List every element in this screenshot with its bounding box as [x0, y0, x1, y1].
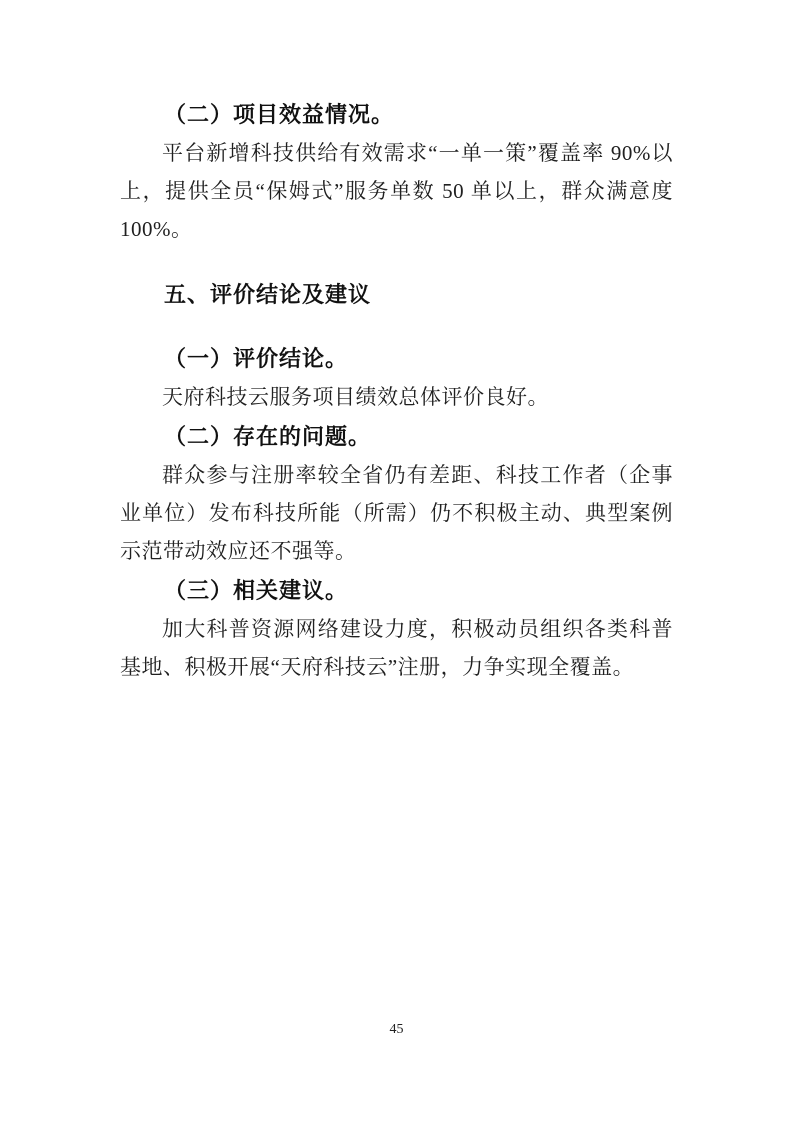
- subheading-project-benefit: （二）项目效益情况。: [120, 96, 673, 134]
- paragraph-evaluation-conclusion: 天府科技云服务项目绩效总体评价良好。: [120, 378, 673, 416]
- subheading-existing-problems: （二）存在的问题。: [120, 418, 673, 456]
- heading-evaluation-conclusion-suggestions: 五、评价结论及建议: [120, 276, 673, 314]
- paragraph-related-suggestions: 加大科普资源网络建设力度，积极动员组织各类科普基地、积极开展“天府科技云”注册，…: [120, 610, 673, 686]
- page-number: 45: [0, 1022, 793, 1038]
- paragraph-project-benefit: 平台新增科技供给有效需求“一单一策”覆盖率 90%以上，提供全员“保姆式”服务单…: [120, 134, 673, 248]
- paragraph-existing-problems: 群众参与注册率较全省仍有差距、科技工作者（企事业单位）发布科技所能（所需）仍不积…: [120, 456, 673, 570]
- document-page: （二）项目效益情况。 平台新增科技供给有效需求“一单一策”覆盖率 90%以上，提…: [0, 0, 793, 1122]
- subheading-evaluation-conclusion: （一）评价结论。: [120, 340, 673, 378]
- subheading-related-suggestions: （三）相关建议。: [120, 572, 673, 610]
